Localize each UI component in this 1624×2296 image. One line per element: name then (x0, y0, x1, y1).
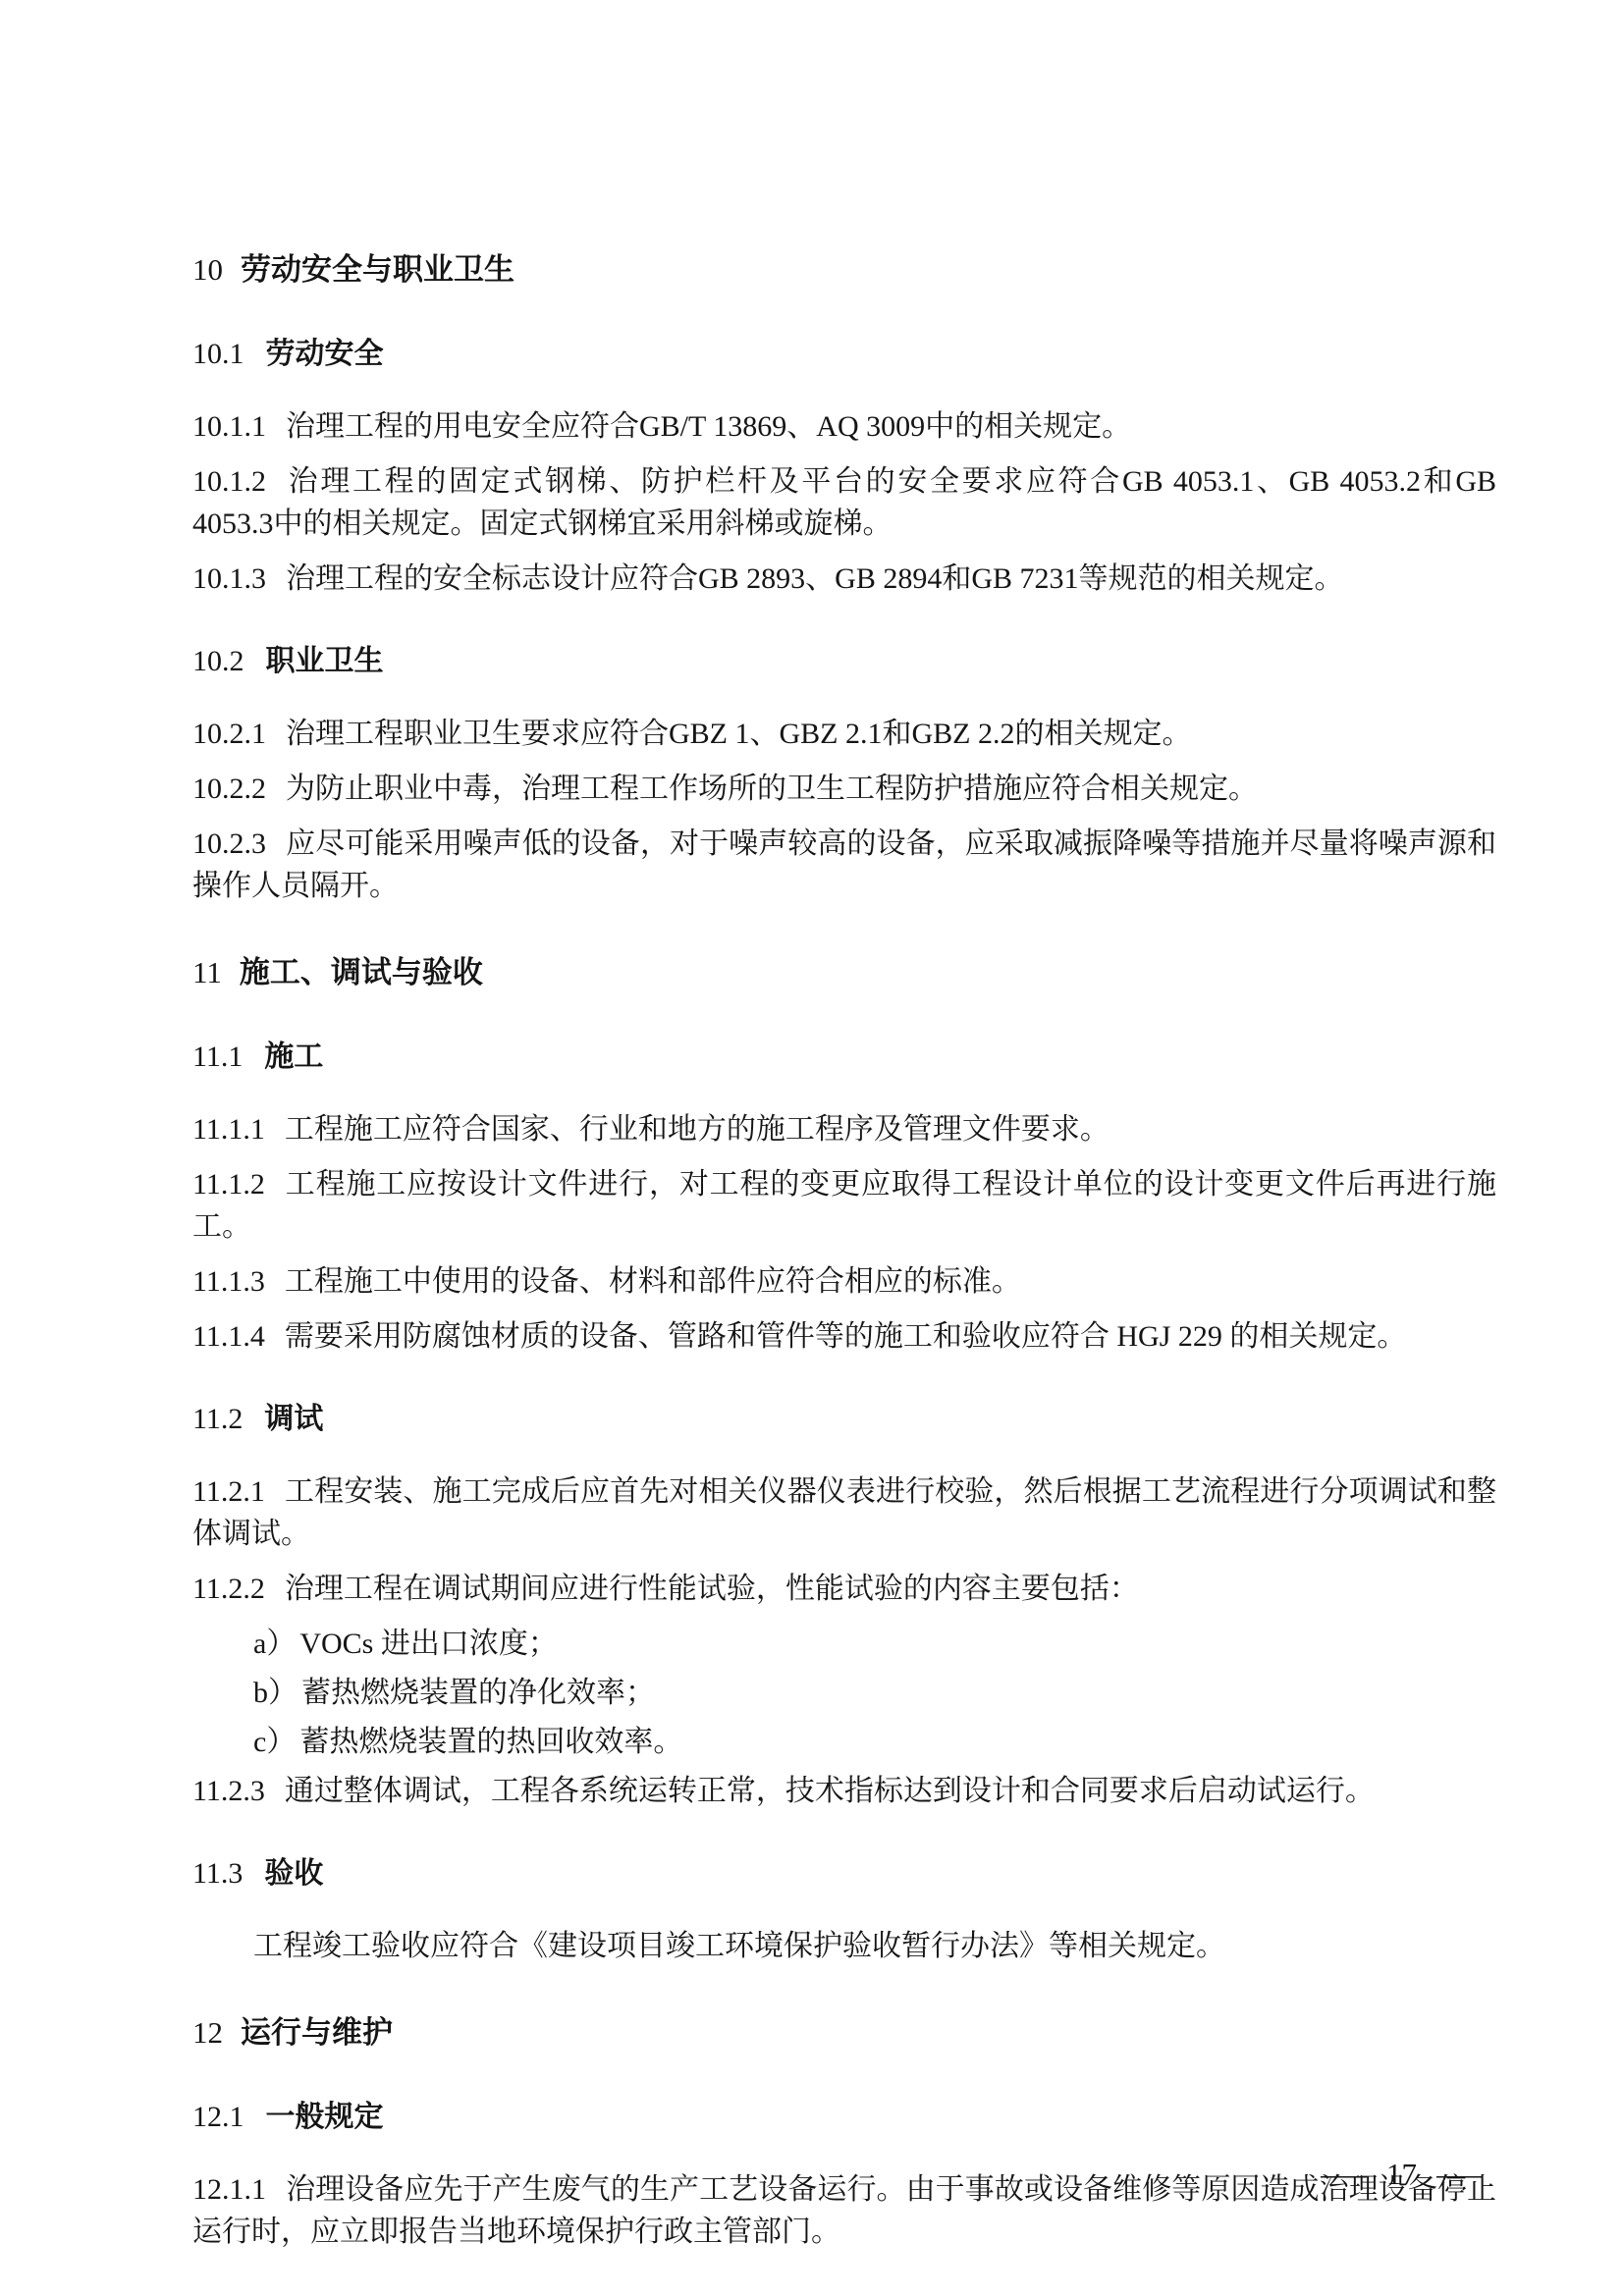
subsection-heading: 11.2调试 (192, 1397, 1496, 1441)
clause-number: 12.1 (192, 2101, 244, 2133)
clause-text: 通过整体调试，工程各系统运转正常，技术指标达到设计和合同要求后启动试运行。 (285, 1775, 1375, 1807)
paragraph: 10.1.1治理工程的用电安全应符合GB/T 13869、AQ 3009中的相关… (192, 405, 1496, 448)
clause-text: 蓄热燃烧装置的净化效率； (301, 1677, 655, 1709)
clause-text: 施工 (264, 1041, 323, 1073)
clause-text: 职业卫生 (266, 645, 384, 677)
clause-text: 治理设备应先于产生废气的生产工艺设备运行。由于事故或设备维修等原因造成治理设备停… (192, 2173, 1496, 2248)
paragraph: 11.1.1工程施工应符合国家、行业和地方的施工程序及管理文件要求。 (192, 1108, 1496, 1150)
clause-number: 10.1 (192, 338, 244, 370)
clause-number: 10.2.1 (192, 718, 266, 750)
page-footer: — 17 — (1328, 2153, 1475, 2196)
clause-number: 10.1.2 (192, 465, 266, 498)
clause-text: 工程竣工验收应符合《建设项目竣工环境保护验收暂行办法》等相关规定。 (253, 1930, 1225, 1962)
paragraph: 10.2.3应尽可能采用噪声低的设备，对于噪声较高的设备，应采取减振降噪等措施并… (192, 823, 1496, 907)
clause-text: 验收 (264, 1857, 323, 1890)
paragraph: 11.2.3通过整体调试，工程各系统运转正常，技术指标达到设计和合同要求后启动试… (192, 1770, 1496, 1812)
clause-text: VOCs 进出口浓度； (299, 1628, 558, 1660)
paragraph: 11.2.2治理工程在调试期间应进行性能试验，性能试验的内容主要包括： (192, 1568, 1496, 1610)
paragraph: 11.1.3工程施工中使用的设备、材料和部件应符合相应的标准。 (192, 1260, 1496, 1303)
clause-text: 一般规定 (266, 2101, 384, 2133)
section-heading: 12运行与维护 (192, 2010, 1496, 2056)
footer-dash-left: — (1321, 2153, 1367, 2196)
section-heading: 11施工、调试与验收 (192, 950, 1496, 995)
list-item: c）蓄热燃烧装置的热回收效率。 (253, 1721, 1496, 1763)
paragraph: 10.2.1治理工程职业卫生要求应符合GBZ 1、GBZ 2.1和GBZ 2.2… (192, 713, 1496, 755)
clause-text: 工程施工中使用的设备、材料和部件应符合相应的标准。 (285, 1265, 1021, 1298)
clause-number: 10.2.3 (192, 828, 266, 860)
clause-text: 应尽可能采用噪声低的设备，对于噪声较高的设备，应采取减振降噪等措施并尽量将噪声源… (192, 828, 1496, 902)
clause-number: 11.1.4 (192, 1320, 265, 1353)
document-page: 10劳动安全与职业卫生10.1劳动安全10.1.1治理工程的用电安全应符合GB/… (0, 0, 1624, 2296)
clause-text: 劳动安全 (266, 338, 384, 370)
clause-number: 10.1.3 (192, 562, 266, 595)
paragraph: 10.2.2为防止职业中毒，治理工程工作场所的卫生工程防护措施应符合相关规定。 (192, 768, 1496, 810)
clause-number: 11.2.2 (192, 1573, 265, 1605)
clause-text: 治理工程的固定式钢梯、防护栏杆及平台的安全要求应符合GB 4053.1、GB 4… (192, 465, 1496, 540)
clause-number: c） (253, 1726, 296, 1758)
subsection-heading: 10.1劳动安全 (192, 332, 1496, 376)
subsection-heading: 12.1一般规定 (192, 2095, 1496, 2139)
paragraph: 11.1.2工程施工应按设计文件进行，对工程的变更应取得工程设计单位的设计变更文… (192, 1163, 1496, 1248)
clause-text: 工程施工应按设计文件进行，对工程的变更应取得工程设计单位的设计变更文件后再进行施… (192, 1168, 1496, 1243)
page-number: 17 (1386, 2153, 1417, 2196)
clause-text: 治理工程在调试期间应进行性能试验，性能试验的内容主要包括： (285, 1573, 1139, 1605)
clause-text: 工程施工应符合国家、行业和地方的施工程序及管理文件要求。 (285, 1113, 1110, 1146)
clause-number: a） (253, 1628, 296, 1660)
footer-dash-right: — (1436, 2153, 1483, 2196)
list-item: a）VOCs 进出口浓度； (253, 1623, 1496, 1665)
clause-number: b） (253, 1677, 298, 1709)
clause-text: 调试 (264, 1403, 323, 1435)
clause-number: 11 (192, 955, 222, 989)
clause-number: 11.2.1 (192, 1475, 265, 1508)
clause-number: 10.2 (192, 645, 244, 677)
section-heading: 10劳动安全与职业卫生 (192, 247, 1496, 293)
clause-number: 12 (192, 2015, 223, 2050)
clause-text: 治理工程的安全标志设计应符合GB 2893、GB 2894和GB 7231等规范… (286, 562, 1344, 595)
paragraph: 11.1.4需要采用防腐蚀材质的设备、管路和管件等的施工和验收应符合 HGJ 2… (192, 1315, 1496, 1358)
clause-number: 11.1.1 (192, 1113, 265, 1146)
paragraph: 10.1.2治理工程的固定式钢梯、防护栏杆及平台的安全要求应符合GB 4053.… (192, 460, 1496, 545)
document-body: 10劳动安全与职业卫生10.1劳动安全10.1.1治理工程的用电安全应符合GB/… (192, 247, 1496, 2253)
subsection-heading: 11.1施工 (192, 1035, 1496, 1079)
clause-text: 治理工程的用电安全应符合GB/T 13869、AQ 3009中的相关规定。 (286, 410, 1131, 443)
clause-text: 需要采用防腐蚀材质的设备、管路和管件等的施工和验收应符合 HGJ 229 的相关… (285, 1320, 1407, 1353)
paragraph: 10.1.3治理工程的安全标志设计应符合GB 2893、GB 2894和GB 7… (192, 558, 1496, 600)
subsection-heading: 11.3验收 (192, 1851, 1496, 1896)
clause-text: 工程安装、施工完成后应首先对相关仪器仪表进行校验，然后根据工艺流程进行分项调试和… (192, 1475, 1496, 1550)
clause-text: 蓄热燃烧装置的热回收效率。 (299, 1726, 682, 1758)
clause-number: 12.1.1 (192, 2173, 266, 2206)
clause-text: 治理工程职业卫生要求应符合GBZ 1、GBZ 2.1和GBZ 2.2的相关规定。 (286, 718, 1192, 750)
clause-number: 11.2 (192, 1403, 243, 1435)
subsection-heading: 10.2职业卫生 (192, 639, 1496, 683)
indented-paragraph: 工程竣工验收应符合《建设项目竣工环境保护验收暂行办法》等相关规定。 (192, 1925, 1496, 1967)
clause-text: 运行与维护 (241, 2015, 393, 2050)
clause-number: 10 (192, 252, 223, 287)
clause-text: 劳动安全与职业卫生 (241, 252, 514, 287)
clause-number: 11.3 (192, 1857, 243, 1890)
clause-number: 11.1.3 (192, 1265, 265, 1298)
list-item: b）蓄热燃烧装置的净化效率； (253, 1672, 1496, 1714)
clause-number: 10.2.2 (192, 773, 266, 805)
clause-number: 11.1.2 (192, 1168, 265, 1201)
clause-number: 11.2.3 (192, 1775, 265, 1807)
clause-number: 10.1.1 (192, 410, 266, 443)
clause-text: 施工、调试与验收 (240, 955, 483, 989)
clause-number: 11.1 (192, 1041, 243, 1073)
clause-text: 为防止职业中毒，治理工程工作场所的卫生工程防护措施应符合相关规定。 (286, 773, 1258, 805)
paragraph: 12.1.1治理设备应先于产生废气的生产工艺设备运行。由于事故或设备维修等原因造… (192, 2168, 1496, 2253)
paragraph: 11.2.1工程安装、施工完成后应首先对相关仪器仪表进行校验，然后根据工艺流程进… (192, 1470, 1496, 1555)
